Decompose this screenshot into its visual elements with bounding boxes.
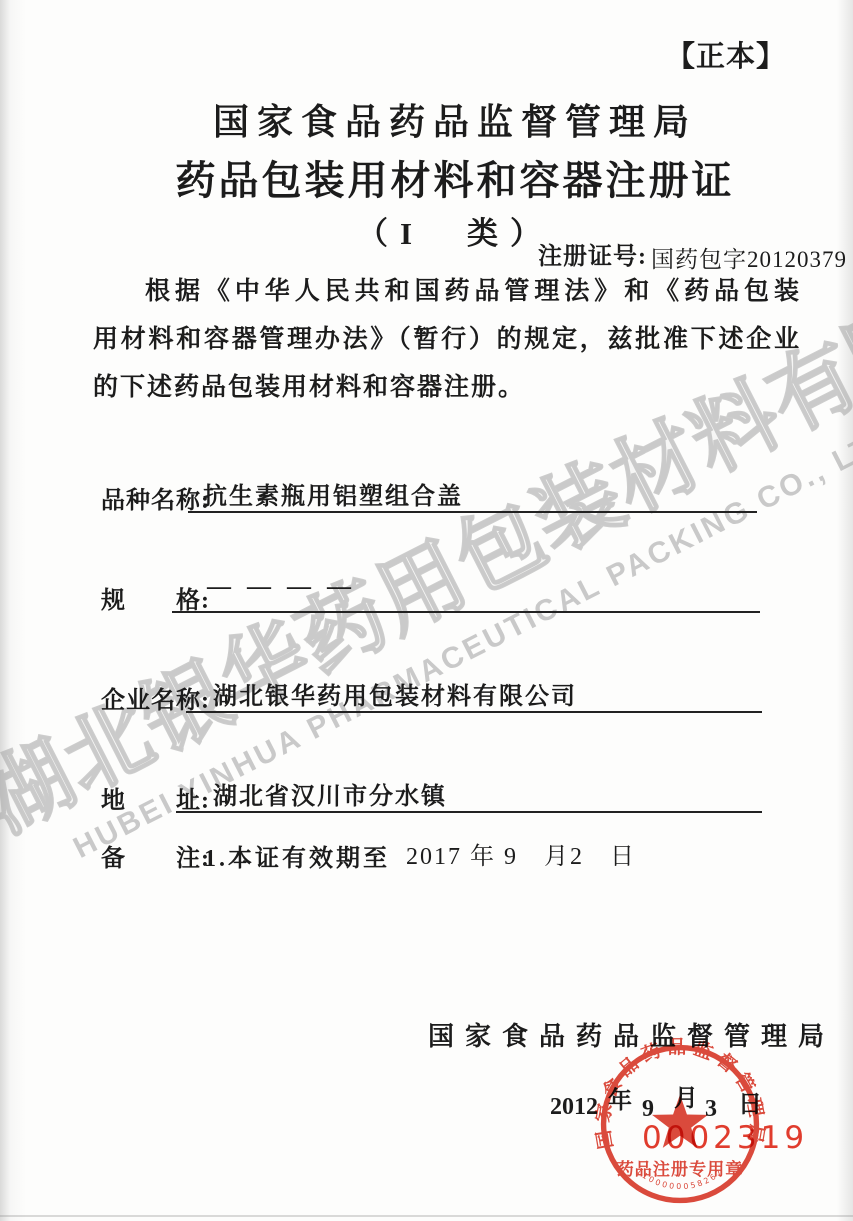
variety-underline <box>188 511 757 513</box>
remark-label: 备 注: <box>101 838 210 873</box>
variety-label: 品种名称: <box>101 480 210 515</box>
body-line-3: 的下述药品包装用材料和容器注册。 <box>93 364 801 412</box>
title-block: 国家食品药品监督管理局 药品包装用材料和容器注册证 （I 类） <box>45 94 853 253</box>
remark-note: 1.本证有效期至 <box>204 838 390 873</box>
registration-number-line: 注册证号: 国药包字20120379 <box>538 236 847 271</box>
remark-expiry: 2017 年 9 月2 日 <box>406 836 636 871</box>
address-label: 地 址: <box>101 780 210 815</box>
spec-value: — — — — <box>207 574 356 601</box>
scan-edge-left <box>0 0 26 1221</box>
registration-number-label: 注册证号: <box>538 244 647 270</box>
body-line-1: 根据《中华人民共和国药品管理法》和《药品包装 <box>93 268 801 316</box>
spec-label: 规 格: <box>101 580 210 615</box>
serial-number: 0002319 <box>642 1120 808 1156</box>
address-underline <box>176 811 762 813</box>
copy-type-badge: 【正本】 <box>666 34 786 75</box>
company-value: 湖北银华药用包装材料有限公司 <box>213 676 577 711</box>
body-paragraph: 根据《中华人民共和国药品管理法》和《药品包装 用材料和容器管理办法》（暂行）的规… <box>93 268 801 412</box>
seal-caption: 药品注册专用章 <box>617 1159 744 1179</box>
variety-value: 抗生素瓶用铝塑组合盖 <box>203 476 463 511</box>
watermark-en-text: HUBEI YINHUA PHARMACEUTICAL PACKING CO.,… <box>18 389 853 891</box>
address-value: 湖北省汉川市分水镇 <box>213 776 447 811</box>
company-underline <box>186 711 762 713</box>
authority-title: 国家食品药品监督管理局 <box>45 94 853 145</box>
spec-underline <box>172 611 760 613</box>
company-label: 企业名称: <box>101 680 210 715</box>
certificate-title: 药品包装用材料和容器注册证 <box>45 149 853 206</box>
body-line-2: 用材料和容器管理办法》（暂行）的规定，兹批准下述企业 <box>93 316 801 364</box>
certificate-page: 湖北银华药用包装材料有限公司 HUBEI YINHUA PHARMACEUTIC… <box>0 0 853 1221</box>
